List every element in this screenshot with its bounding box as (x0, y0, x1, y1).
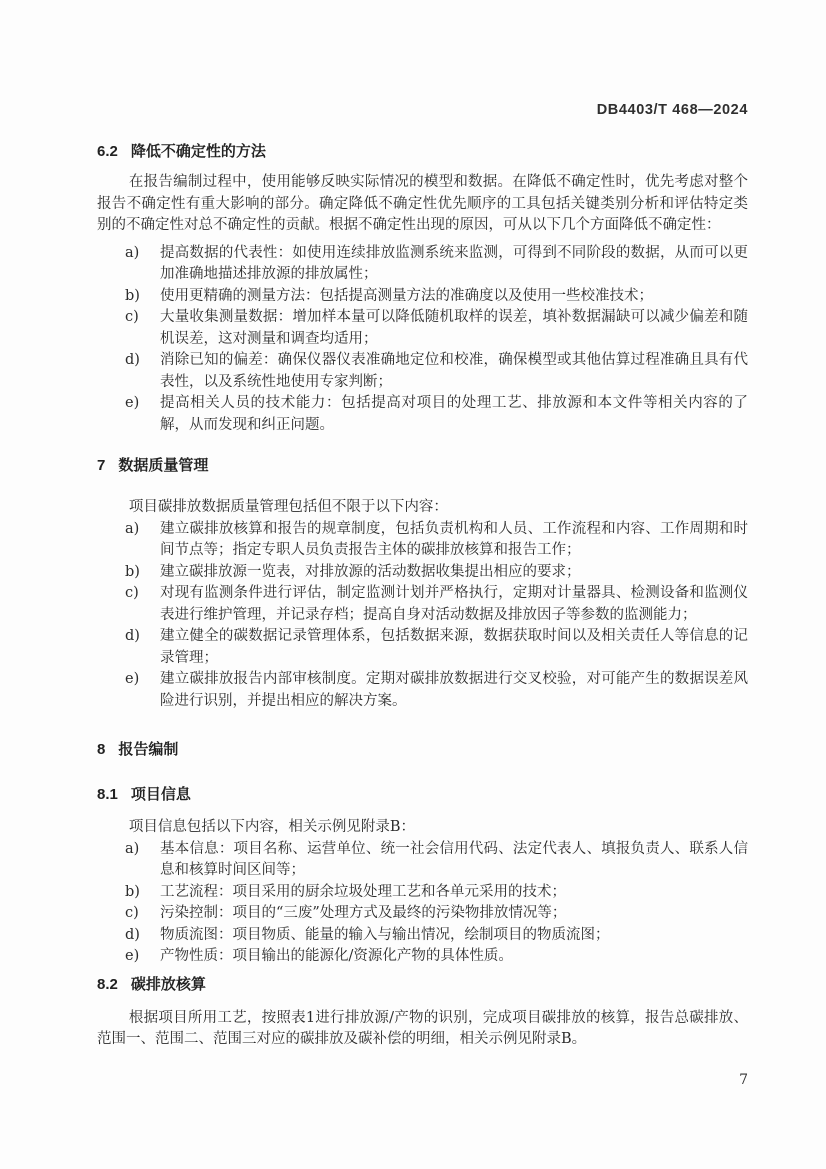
list-item: c) 污染控制：项目的“三废”处理方式及最终的污染物排放情况等； (97, 903, 748, 925)
section-8-2-heading: 8.2碳排放核算 (97, 976, 748, 994)
item-text: 对现有监测条件进行评估，制定监测计划并严格执行，定期对计量器具、检测设备和监测仪… (160, 583, 748, 626)
document-page: DB4403/T 468—2024 6.2降低不确定性的方法 在报告编制过程中，… (0, 0, 826, 1169)
list-item: a) 建立碳排放核算和报告的规章制度，包括负责机构和人员、工作流程和内容、工作周… (97, 519, 748, 562)
section-8-heading: 8报告编制 (97, 741, 748, 759)
item-text: 工艺流程：项目采用的厨余垃圾处理工艺和各单元采用的技术； (160, 882, 748, 904)
item-text: 大量收集测量数据：增加样本量可以降低随机取样的误差，填补数据漏缺可以减少偏差和随… (160, 307, 748, 350)
list-item: d) 建立健全的碳数据记录管理体系，包括数据来源，数据获取时间以及相关责任人等信… (97, 626, 748, 669)
page-header: DB4403/T 468—2024 (97, 102, 748, 118)
list-item: a) 提高数据的代表性：如使用连续排放监测系统来监测，可得到不同阶段的数据，从而… (97, 243, 748, 286)
section-number: 8.1 (97, 786, 118, 804)
item-text: 使用更精确的测量方法：包括提高测量方法的准确度以及使用一些校准技术； (160, 286, 748, 308)
list-item: e) 产物性质：项目输出的能源化/资源化产物的具体性质。 (97, 946, 748, 968)
doc-number: DB4403/T 468—2024 (597, 102, 748, 118)
item-label: b) (97, 882, 160, 904)
item-text: 污染控制：项目的“三废”处理方式及最终的污染物排放情况等； (160, 903, 748, 925)
item-label: a) (97, 243, 160, 286)
section-number: 7 (97, 457, 105, 475)
list-item: b) 使用更精确的测量方法：包括提高测量方法的准确度以及使用一些校准技术； (97, 286, 748, 308)
list-item: b) 建立碳排放源一览表，对排放源的活动数据收集提出相应的要求； (97, 562, 748, 584)
section-8-1-intro: 项目信息包括以下内容，相关示例见附录B： (97, 817, 748, 839)
list-item: b) 工艺流程：项目采用的厨余垃圾处理工艺和各单元采用的技术； (97, 882, 748, 904)
item-label: e) (97, 669, 160, 712)
item-label: b) (97, 562, 160, 584)
document-content: 6.2降低不确定性的方法 在报告编制过程中，使用能够反映实际情况的模型和数据。在… (97, 140, 748, 1051)
section-8-2-body: 根据项目所用工艺，按照表1进行排放源/产物的识别，完成项目碳排放的核算，报告总碳… (97, 1008, 748, 1051)
item-text: 提高数据的代表性：如使用连续排放监测系统来监测，可得到不同阶段的数据，从而可以更… (160, 243, 748, 286)
list-item: d) 物质流图：项目物质、能量的输入与输出情况，绘制项目的物质流图； (97, 925, 748, 947)
item-label: e) (97, 393, 160, 436)
item-text: 物质流图：项目物质、能量的输入与输出情况，绘制项目的物质流图； (160, 925, 748, 947)
section-title: 报告编制 (118, 741, 178, 758)
item-text: 建立健全的碳数据记录管理体系，包括数据来源，数据获取时间以及相关责任人等信息的记… (160, 626, 748, 669)
section-8-1-list: a) 基本信息：项目名称、运营单位、统一社会信用代码、法定代表人、填报负责人、联… (97, 839, 748, 968)
section-6-2-intro: 在报告编制过程中，使用能够反映实际情况的模型和数据。在降低不确定性时，优先考虑对… (97, 172, 748, 237)
page-footer: 7 (97, 1072, 748, 1088)
section-number: 8.2 (97, 976, 118, 994)
item-label: d) (97, 925, 160, 947)
section-number: 6.2 (97, 143, 118, 161)
list-item: e) 提高相关人员的技术能力：包括提高对项目的处理工艺、排放源和本文件等相关内容… (97, 393, 748, 436)
item-text: 产物性质：项目输出的能源化/资源化产物的具体性质。 (160, 946, 748, 968)
section-6-2-heading: 6.2降低不确定性的方法 (97, 143, 748, 161)
item-label: c) (97, 903, 160, 925)
item-label: d) (97, 350, 160, 393)
item-label: e) (97, 946, 160, 968)
section-title: 项目信息 (131, 786, 191, 803)
item-text: 建立碳排放源一览表，对排放源的活动数据收集提出相应的要求； (160, 562, 748, 584)
section-6-2-list: a) 提高数据的代表性：如使用连续排放监测系统来监测，可得到不同阶段的数据，从而… (97, 243, 748, 437)
item-label: b) (97, 286, 160, 308)
section-7-list: a) 建立碳排放核算和报告的规章制度，包括负责机构和人员、工作流程和内容、工作周… (97, 519, 748, 713)
section-number: 8 (97, 741, 105, 759)
list-item: a) 基本信息：项目名称、运营单位、统一社会信用代码、法定代表人、填报负责人、联… (97, 839, 748, 882)
list-item: c) 对现有监测条件进行评估，制定监测计划并严格执行，定期对计量器具、检测设备和… (97, 583, 748, 626)
list-item: e) 建立碳排放报告内部审核制度。定期对碳排放数据进行交叉校验，对可能产生的数据… (97, 669, 748, 712)
item-label: d) (97, 626, 160, 669)
section-8-1-heading: 8.1项目信息 (97, 786, 748, 804)
item-label: c) (97, 583, 160, 626)
item-text: 基本信息：项目名称、运营单位、统一社会信用代码、法定代表人、填报负责人、联系人信… (160, 839, 748, 882)
section-title: 碳排放核算 (131, 976, 206, 993)
section-title: 数据质量管理 (118, 457, 208, 474)
item-text: 提高相关人员的技术能力：包括提高对项目的处理工艺、排放源和本文件等相关内容的了解… (160, 393, 748, 436)
list-item: c) 大量收集测量数据：增加样本量可以降低随机取样的误差，填补数据漏缺可以减少偏… (97, 307, 748, 350)
item-label: a) (97, 519, 160, 562)
section-7-heading: 7数据质量管理 (97, 457, 748, 475)
page-number: 7 (739, 1072, 748, 1088)
item-text: 建立碳排放报告内部审核制度。定期对碳排放数据进行交叉校验，对可能产生的数据误差风… (160, 669, 748, 712)
list-item: d) 消除已知的偏差：确保仪器仪表准确地定位和校准，确保模型或其他估算过程准确且… (97, 350, 748, 393)
item-text: 建立碳排放核算和报告的规章制度，包括负责机构和人员、工作流程和内容、工作周期和时… (160, 519, 748, 562)
item-label: a) (97, 839, 160, 882)
section-7-intro: 项目碳排放数据质量管理包括但不限于以下内容： (97, 497, 748, 519)
item-text: 消除已知的偏差：确保仪器仪表准确地定位和校准，确保模型或其他估算过程准确且具有代… (160, 350, 748, 393)
item-label: c) (97, 307, 160, 350)
section-title: 降低不确定性的方法 (131, 143, 266, 160)
